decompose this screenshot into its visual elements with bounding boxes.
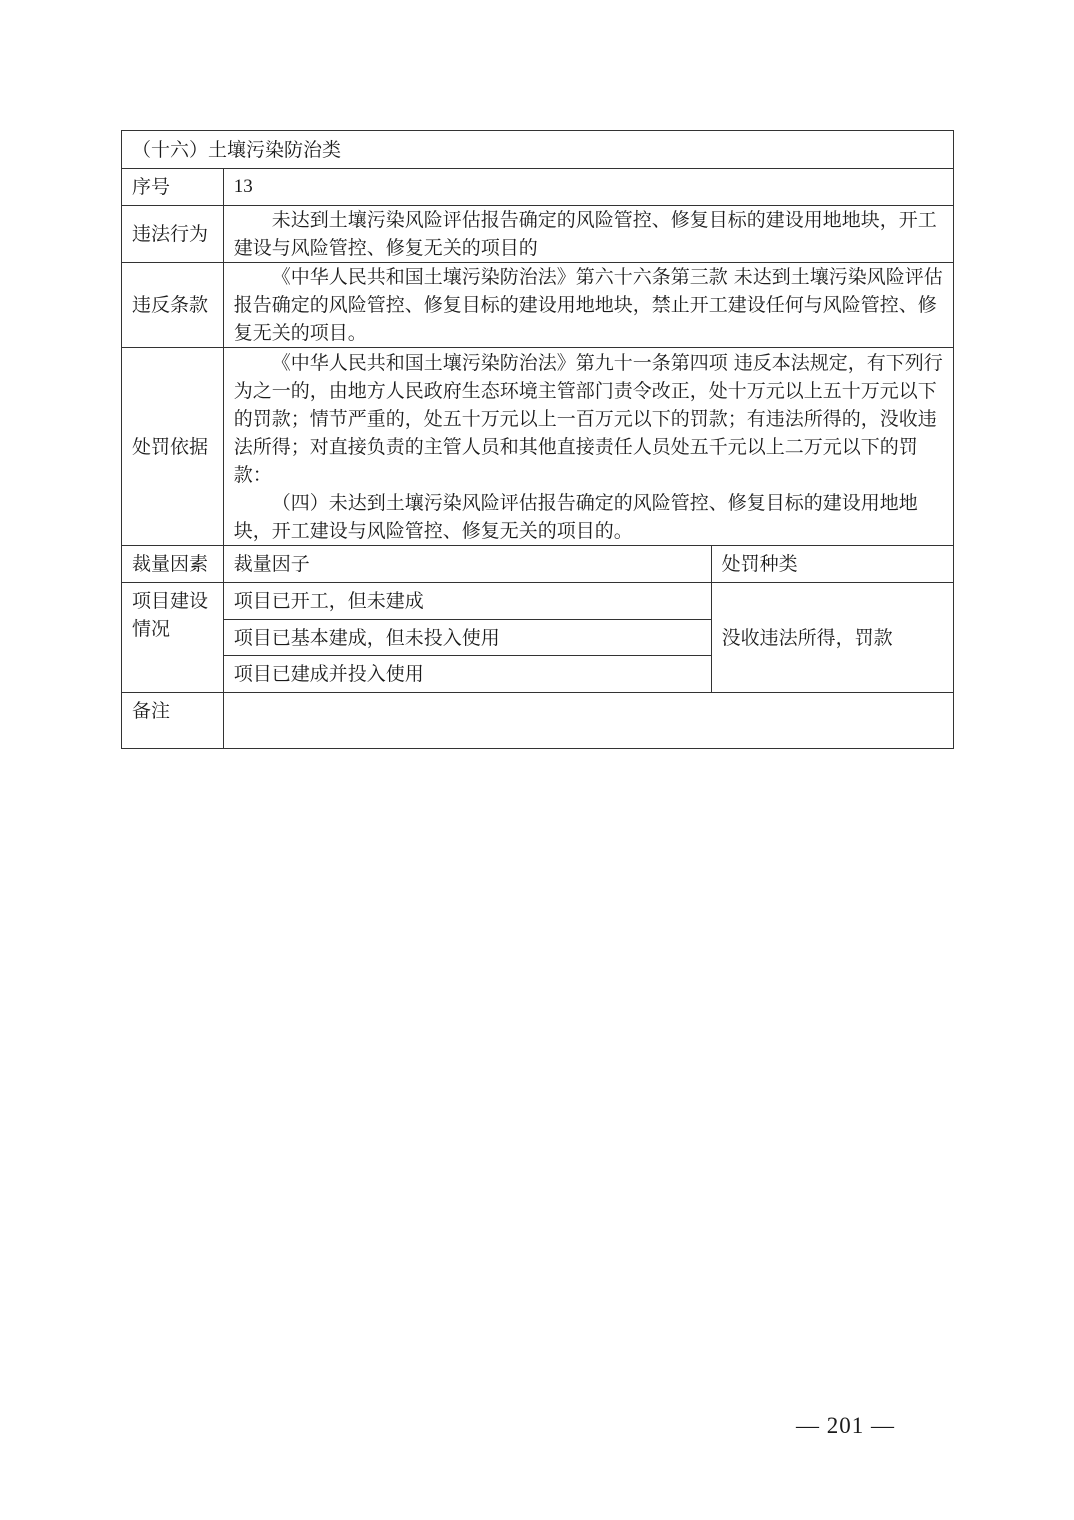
discretion-header-row: 裁量因素 裁量因子 处罚种类 [122,546,954,583]
section-title: （十六）土壤污染防治类 [122,131,954,169]
construction-factor: 项目已开工，但未建成 [223,583,711,620]
construction-factor: 项目已基本建成，但未投入使用 [223,620,711,656]
penalty-basis-label: 处罚依据 [122,348,224,546]
construction-label: 项目建设情况 [122,583,224,693]
construction-row: 项目建设情况 项目已开工，但未建成 没收违法所得，罚款 [122,583,954,620]
serial-label: 序号 [122,169,224,206]
penalty-basis-row: 处罚依据 《中华人民共和国土壤污染防治法》第九十一条第四项 违反本法规定，有下列… [122,348,954,546]
discretion-factor-header: 裁量因素 [122,546,224,583]
remarks-row: 备注 [122,693,954,749]
penalty-basis-value: 《中华人民共和国土壤污染防治法》第九十一条第四项 违反本法规定，有下列行为之一的… [223,348,953,546]
remarks-label: 备注 [122,693,224,749]
violated-clause-value: 《中华人民共和国土壤污染防治法》第六十六条第三款 未达到土壤污染风险评估报告确定… [223,263,953,348]
violation-value: 未达到土壤污染风险评估报告确定的风险管控、修复目标的建设用地地块，开工建设与风险… [223,206,953,263]
factor-header: 裁量因子 [223,546,711,583]
section-title-row: （十六）土壤污染防治类 [122,131,954,169]
penalty-basis-paragraph: 《中华人民共和国土壤污染防治法》第九十一条第四项 违反本法规定，有下列行为之一的… [234,349,943,489]
penalty-discretion-table: （十六）土壤污染防治类 序号 13 违法行为 未达到土壤污染风险评估报告确定的风… [121,130,954,749]
violated-clause-row: 违反条款 《中华人民共和国土壤污染防治法》第六十六条第三款 未达到土壤污染风险评… [122,263,954,348]
serial-value: 13 [223,169,953,206]
penalty-type-header: 处罚种类 [711,546,953,583]
penalty-basis-paragraph: （四）未达到土壤污染风险评估报告确定的风险管控、修复目标的建设用地地块，开工建设… [234,489,943,545]
violated-clause-label: 违反条款 [122,263,224,348]
violation-label: 违法行为 [122,206,224,263]
page-number: — 201 — [796,1413,895,1439]
construction-penalty-type: 没收违法所得，罚款 [711,583,953,693]
remarks-value [223,693,953,749]
violation-row: 违法行为 未达到土壤污染风险评估报告确定的风险管控、修复目标的建设用地地块，开工… [122,206,954,263]
serial-row: 序号 13 [122,169,954,206]
construction-factor: 项目已建成并投入使用 [223,656,711,693]
